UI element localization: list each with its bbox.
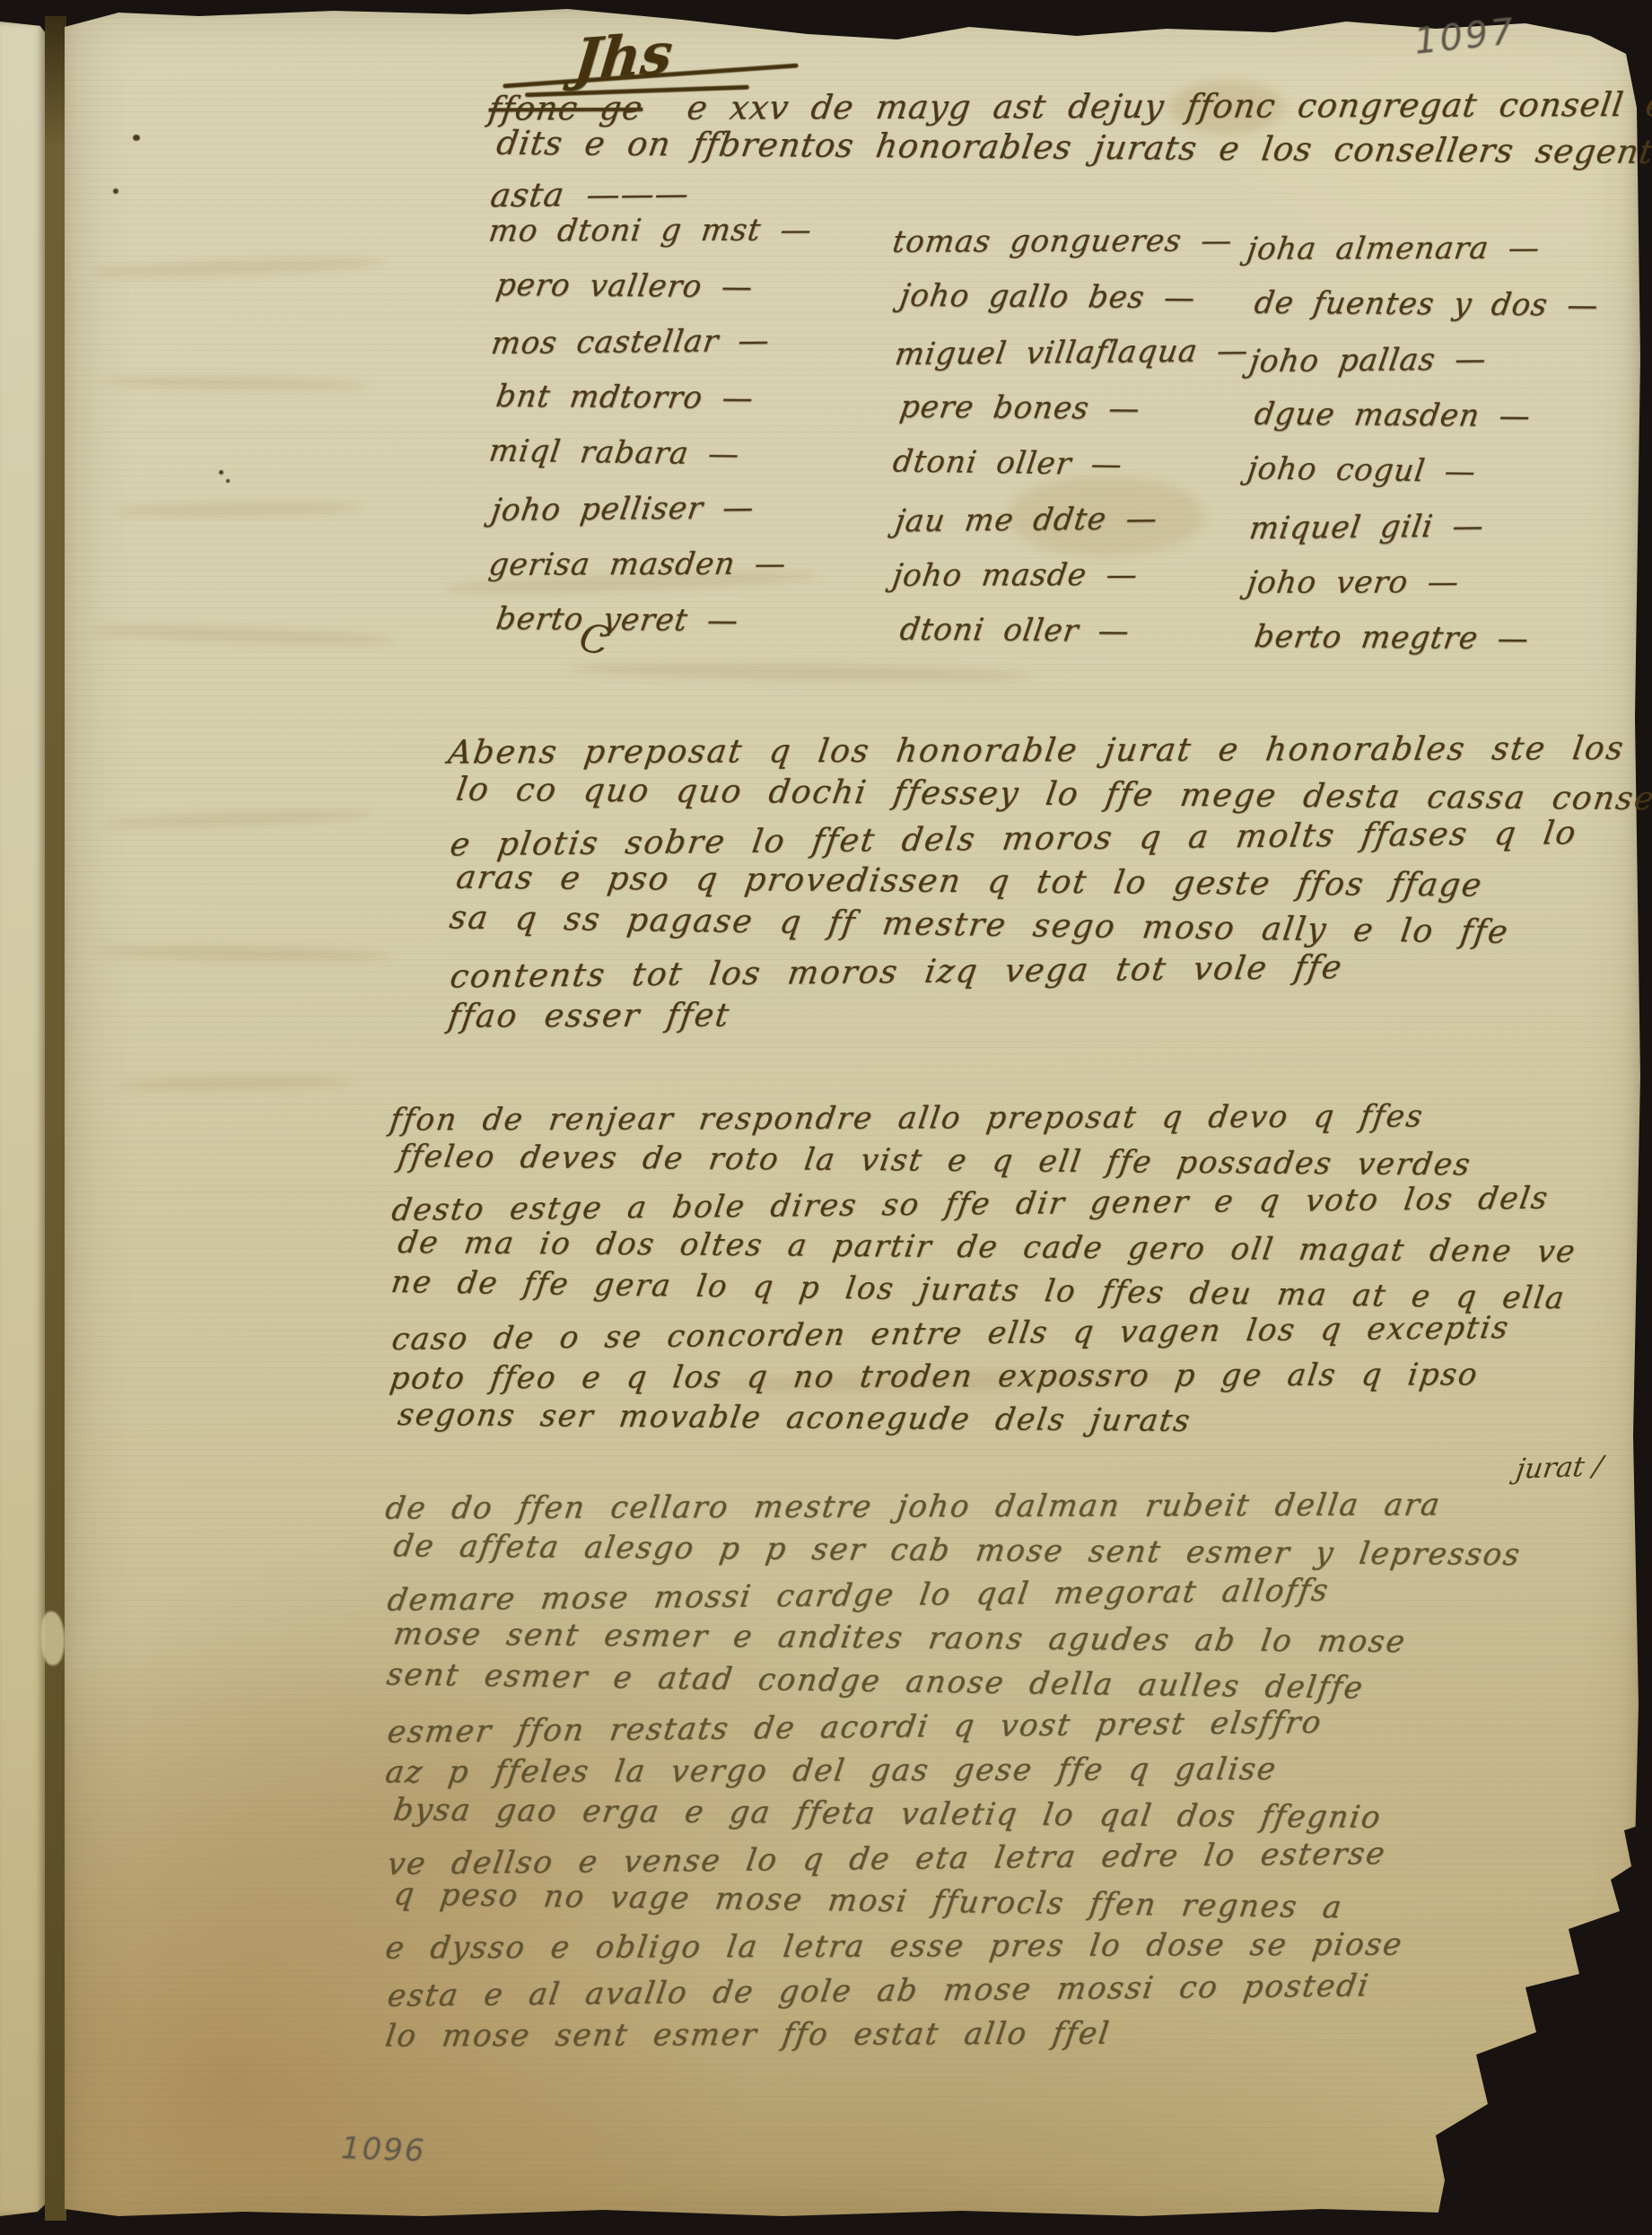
text-line: ffon de renjear respondre allo preposat … <box>387 1095 1579 1142</box>
name-column-1: mo dtoni g mst —pero vallero —mos castel… <box>489 203 812 648</box>
attendee-name: miguel villaflaqua — <box>891 323 1253 382</box>
attendee-name: berto yeret — <box>493 591 817 650</box>
attendee-name: de fuentes y dos — <box>1251 275 1604 333</box>
attendee-name: joho pallas — <box>1246 330 1604 389</box>
attendee-name: joho cogul — <box>1244 441 1603 501</box>
show-through-line <box>114 501 365 519</box>
attendee-name: berto megtre — <box>1251 608 1604 667</box>
attendee-name: jau me ddte — <box>891 490 1253 549</box>
text-line: az p ffeles la vergo del gas gese ffe q … <box>382 1747 1525 1794</box>
text-line: Abens preposat q los honorable jurat e h… <box>445 727 1652 775</box>
text-line: segons ser movable aconegude dels jurats <box>395 1393 1579 1445</box>
paragraph-resolution: de do ffen cellaro mestre joho dalman ru… <box>386 1485 1521 2056</box>
attendee-name: dgue masden — <box>1251 386 1604 444</box>
heading-line: ffonc ge e xxv de mayg ast dejuy ffonc c… <box>486 84 1652 130</box>
ink-speck <box>219 470 223 475</box>
manuscript-scan: { "folio": { "recto_number": "1097", "ve… <box>0 0 1652 2235</box>
show-through-line <box>101 374 370 391</box>
show-through-line <box>92 623 397 648</box>
attendee-name: miql rabara — <box>485 423 816 483</box>
heading-block: ffonc ge e xxv de mayg ast dejuy ffonc c… <box>489 86 1652 210</box>
show-through-line <box>96 944 392 964</box>
ink-speck <box>133 135 140 141</box>
show-through-line <box>92 255 388 280</box>
name-column-3: joha almenara —de fuentes y dos —joho pa… <box>1247 221 1599 666</box>
marginal-word-jurat: jurat / <box>1514 1450 1604 1485</box>
attendee-name: joho masde — <box>889 546 1253 603</box>
text-line: lo mose sent esmer ffo estat allo ffel <box>382 2011 1525 2058</box>
attendee-name: gerisa masden — <box>485 536 816 592</box>
text-line: e dysso e obligo la letra esse pres lo d… <box>382 1923 1525 1970</box>
attendee-name: mos castellar — <box>487 312 816 371</box>
attendee-name: mo dtoni g mst — <box>485 202 816 258</box>
text-line: de do ffen cellaro mestre joho dalman ru… <box>382 1483 1525 1531</box>
text-line: ffao esser ffet <box>445 991 1652 1039</box>
paragraph-proposal: Abens preposat q los honorable jurat e h… <box>449 729 1652 1036</box>
binding-gutter <box>45 16 66 2221</box>
paragraph-response: ffon de renjear respondre allo preposat … <box>390 1096 1577 1441</box>
text-line: poto ffeo e q los q no troden expossro p… <box>387 1353 1579 1401</box>
attendee-name: dtoni oller — <box>896 601 1253 659</box>
heading-text: e xxv de mayg ast dejuy ffonc congregat … <box>685 85 1652 127</box>
attendee-name: joho vero — <box>1244 554 1603 610</box>
attendee-name: pero vallero — <box>493 258 817 316</box>
show-through-line <box>567 659 1034 684</box>
name-column-2: tomas gongueres —joho gallo bes —miguel … <box>893 214 1248 659</box>
folio-number-verso: 1096 <box>340 2130 426 2169</box>
ink-speck <box>113 188 118 194</box>
show-through-line <box>118 1075 352 1092</box>
show-through-line <box>105 808 374 830</box>
attendee-name: miquel gili — <box>1246 497 1604 556</box>
text-line: esta e al avallo de gole ab mose mossi c… <box>384 1962 1525 2018</box>
attendee-name: tomas gongueres — <box>889 213 1253 269</box>
attendee-name: pere bones — <box>896 379 1253 437</box>
attendee-name: joho pelliser — <box>487 479 816 538</box>
ink-speck <box>226 479 230 483</box>
attendee-name: joha almenara — <box>1244 220 1603 276</box>
previous-folio-edge <box>0 22 47 2216</box>
attendee-name: dtoni oller — <box>889 433 1252 494</box>
attendee-name: joho gallo bes — <box>896 267 1253 326</box>
text-line: esmer ffon restats de acordi q vost pres… <box>384 1698 1525 1754</box>
attendee-name: bnt mdtorro — <box>493 369 817 427</box>
